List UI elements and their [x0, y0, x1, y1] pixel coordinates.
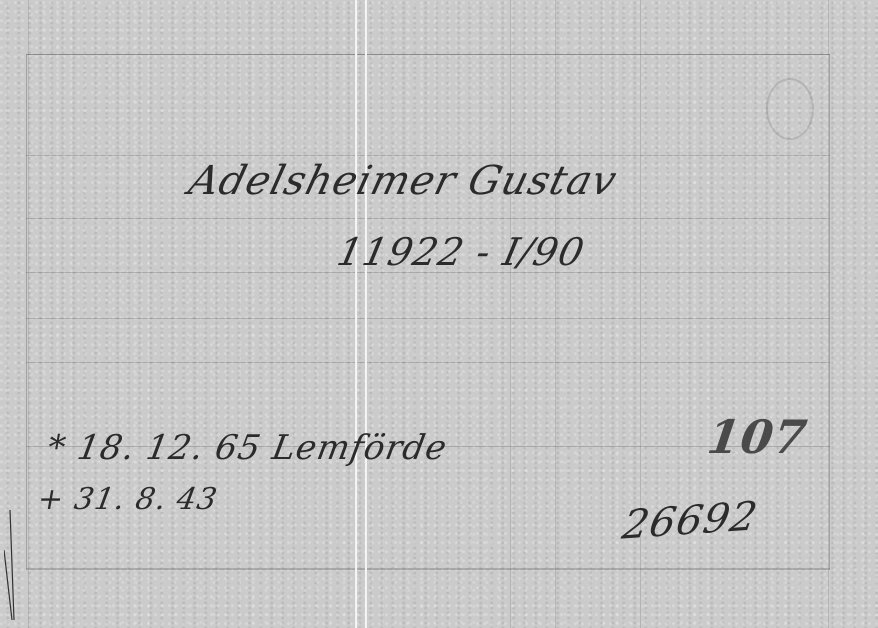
grid-line	[510, 0, 511, 628]
death-symbol: +	[35, 482, 67, 517]
grid-line	[26, 218, 830, 219]
grid-line	[28, 0, 29, 628]
grid-line	[555, 0, 556, 628]
scan-artifact-line	[365, 0, 367, 628]
birth-date: 18. 12. 65	[74, 428, 264, 468]
index-card: Adelsheimer Gustav 11922 - I/90 * 18. 12…	[0, 0, 878, 628]
pen-stroke-mark	[4, 510, 16, 620]
birth-place: Lemförde	[269, 428, 450, 468]
grid-line	[26, 54, 830, 55]
pencil-annotation: 107	[704, 410, 811, 464]
grid-line	[26, 318, 830, 319]
grid-line	[828, 0, 829, 628]
reference-number: 11922 - I/90	[333, 230, 588, 274]
grid-line	[26, 155, 830, 156]
grid-line	[26, 568, 830, 569]
birth-line: * 18. 12. 65 Lemförde	[44, 428, 450, 468]
scan-artifact-line	[355, 0, 357, 628]
death-date: 31. 8. 43	[72, 482, 221, 517]
death-line: + 31. 8. 43	[35, 482, 220, 517]
faint-stamp	[766, 78, 814, 140]
grid-line	[26, 362, 830, 363]
person-name: Adelsheimer Gustav	[184, 158, 621, 204]
